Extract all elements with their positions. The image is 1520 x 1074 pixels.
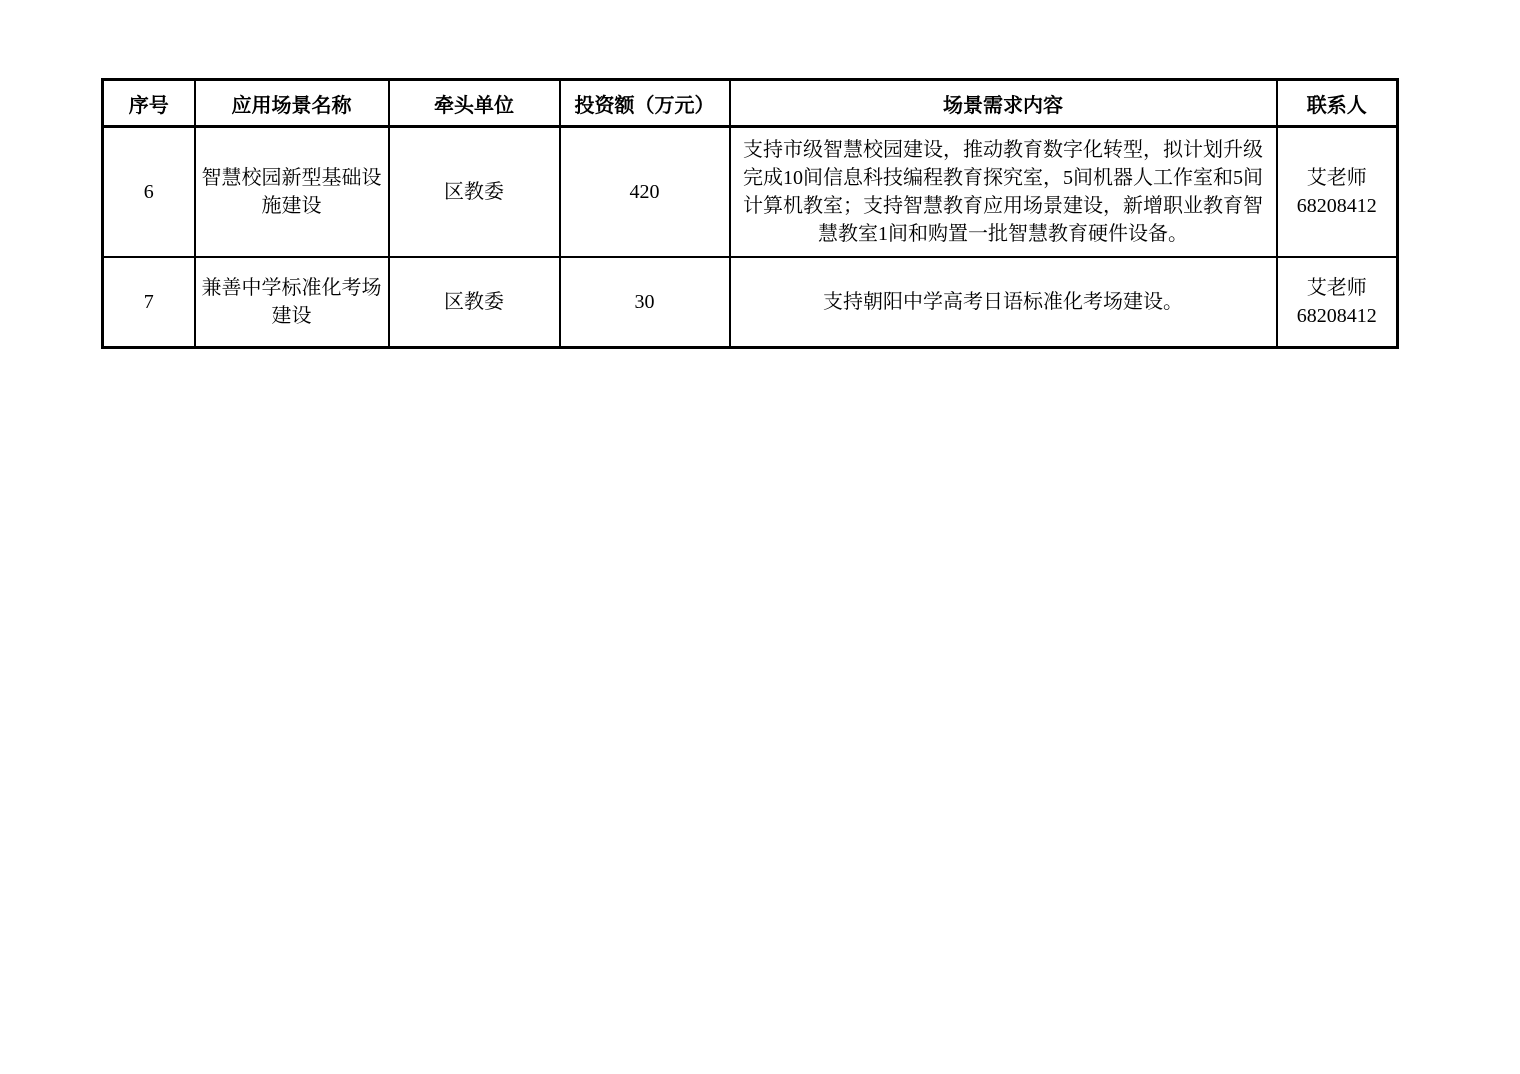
cell-serial-number: 7 <box>103 257 195 348</box>
cell-lead-unit: 区教委 <box>389 127 560 258</box>
contact-name: 艾老师 <box>1284 274 1391 302</box>
table-header-row: 序号 应用场景名称 牵头单位 投资额（万元） 场景需求内容 联系人 <box>103 80 1398 127</box>
contact-name: 艾老师 <box>1284 164 1391 192</box>
header-cell-no: 序号 <box>103 80 195 127</box>
cell-scenario-name: 兼善中学标准化考场建设 <box>195 257 389 348</box>
scenario-table: 序号 应用场景名称 牵头单位 投资额（万元） 场景需求内容 联系人 6 智慧校园… <box>101 78 1399 349</box>
header-cell-content: 场景需求内容 <box>730 80 1277 127</box>
header-cell-unit: 牵头单位 <box>389 80 560 127</box>
header-cell-amount: 投资额（万元） <box>560 80 730 127</box>
header-cell-contact: 联系人 <box>1277 80 1398 127</box>
cell-investment-amount: 30 <box>560 257 730 348</box>
cell-contact: 艾老师 68208412 <box>1277 127 1398 258</box>
cell-demand-content: 支持朝阳中学高考日语标准化考场建设。 <box>730 257 1277 348</box>
header-cell-name: 应用场景名称 <box>195 80 389 127</box>
table-row: 6 智慧校园新型基础设施建设 区教委 420 支持市级智慧校园建设，推动教育数字… <box>103 127 1398 258</box>
cell-investment-amount: 420 <box>560 127 730 258</box>
cell-serial-number: 6 <box>103 127 195 258</box>
cell-lead-unit: 区教委 <box>389 257 560 348</box>
contact-phone: 68208412 <box>1284 302 1391 330</box>
cell-scenario-name: 智慧校园新型基础设施建设 <box>195 127 389 258</box>
cell-demand-content: 支持市级智慧校园建设，推动教育数字化转型，拟计划升级完成10间信息科技编程教育探… <box>730 127 1277 258</box>
contact-phone: 68208412 <box>1284 192 1391 220</box>
table-row: 7 兼善中学标准化考场建设 区教委 30 支持朝阳中学高考日语标准化考场建设。 … <box>103 257 1398 348</box>
cell-contact: 艾老师 68208412 <box>1277 257 1398 348</box>
document-page: 序号 应用场景名称 牵头单位 投资额（万元） 场景需求内容 联系人 6 智慧校园… <box>0 0 1520 1074</box>
